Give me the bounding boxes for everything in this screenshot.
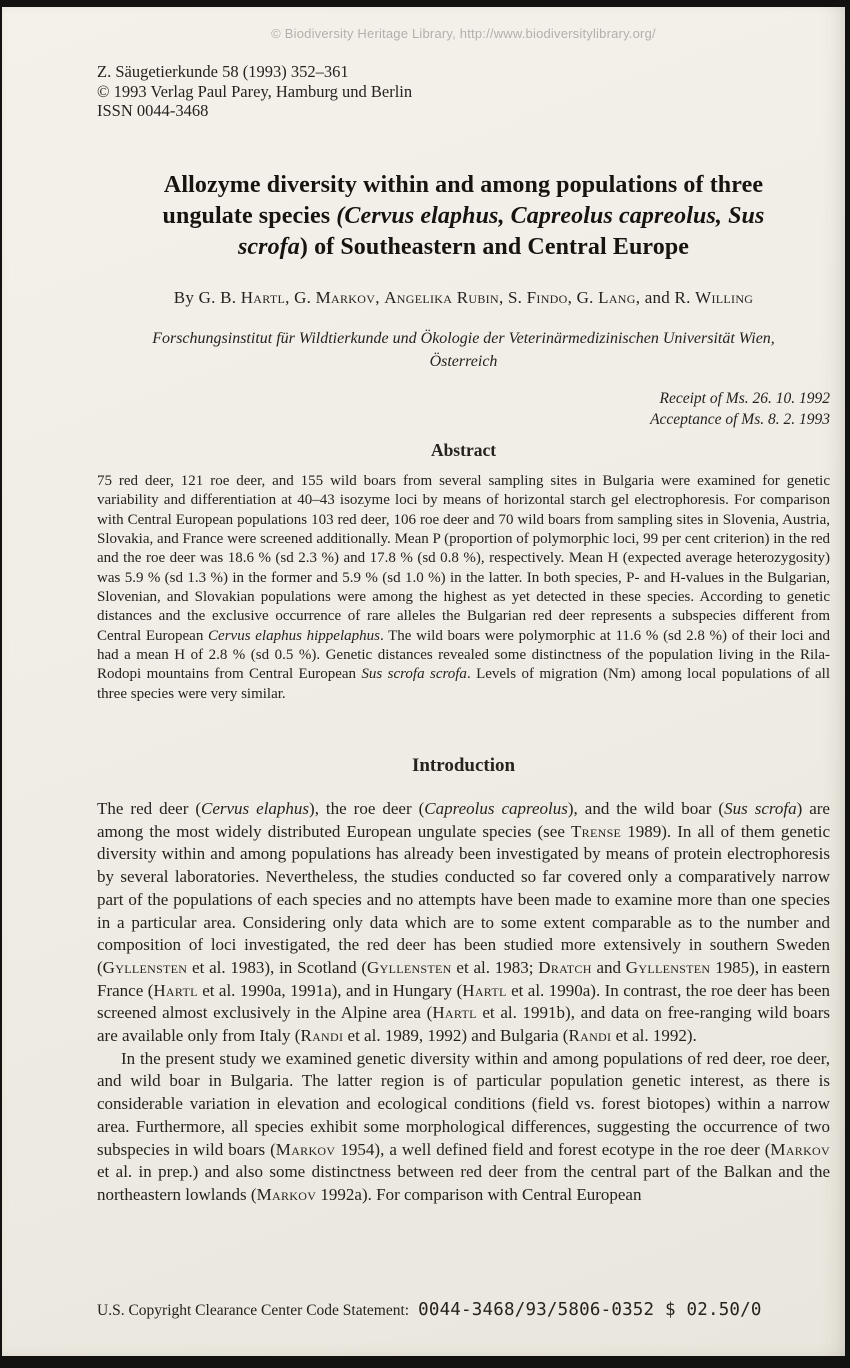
scan-border-top: [0, 0, 850, 7]
affiliation-line-2: Österreich: [97, 350, 830, 373]
abstract-heading: Abstract: [97, 440, 830, 461]
paper-title-line-3: scrofa) of Southeastern and Central Euro…: [97, 232, 830, 263]
abstract-text: 75 red deer, 121 roe deer, and 155 wild …: [97, 472, 830, 704]
bhl-watermark: © Biodiversity Heritage Library, http://…: [97, 26, 830, 41]
journal-header: Z. Säugetierkunde 58 (1993) 352–361 © 19…: [97, 62, 830, 121]
introduction-paragraph-2: In the present study we examined genetic…: [97, 1048, 830, 1207]
copyright-code-statement: U.S. Copyright Clearance Center Code Sta…: [97, 1300, 830, 1320]
journal-citation-line: Z. Säugetierkunde 58 (1993) 352–361: [97, 62, 830, 82]
receipt-date: Receipt of Ms. 26. 10. 1992: [97, 389, 830, 410]
affiliation: Forschungsinstitut für Wildtierkunde und…: [97, 327, 830, 373]
paper-title-line-2: ungulate species (Cervus elaphus, Capreo…: [97, 201, 830, 232]
scan-border-left: [0, 0, 2, 1368]
acceptance-date: Acceptance of Ms. 8. 2. 1993: [97, 410, 830, 431]
introduction-heading: Introduction: [97, 755, 830, 777]
manuscript-dates: Receipt of Ms. 26. 10. 1992 Acceptance o…: [97, 389, 830, 430]
scanned-page: © Biodiversity Heritage Library, http://…: [0, 0, 850, 1368]
introduction-body: The red deer (Cervus elaphus), the roe d…: [97, 798, 830, 1207]
copyright-statement-code: 0044-3468/93/5806-0352 $ 02.50/0: [418, 1300, 762, 1320]
authors-line: By G. B. Hartl, G. Markov, Angelika Rubi…: [97, 288, 830, 308]
scan-border-right: [845, 0, 850, 1368]
issn-line: ISSN 0044-3468: [97, 101, 830, 121]
scan-border-bottom: [0, 1356, 850, 1368]
introduction-paragraph-1: The red deer (Cervus elaphus), the roe d…: [97, 798, 830, 1048]
affiliation-line-1: Forschungsinstitut für Wildtierkunde und…: [97, 327, 830, 350]
publisher-copyright-line: © 1993 Verlag Paul Parey, Hamburg und Be…: [97, 82, 830, 102]
copyright-statement-label: U.S. Copyright Clearance Center Code Sta…: [97, 1302, 409, 1320]
paper-title: Allozyme diversity within and among popu…: [97, 170, 830, 263]
paper-title-line-1: Allozyme diversity within and among popu…: [97, 170, 830, 201]
